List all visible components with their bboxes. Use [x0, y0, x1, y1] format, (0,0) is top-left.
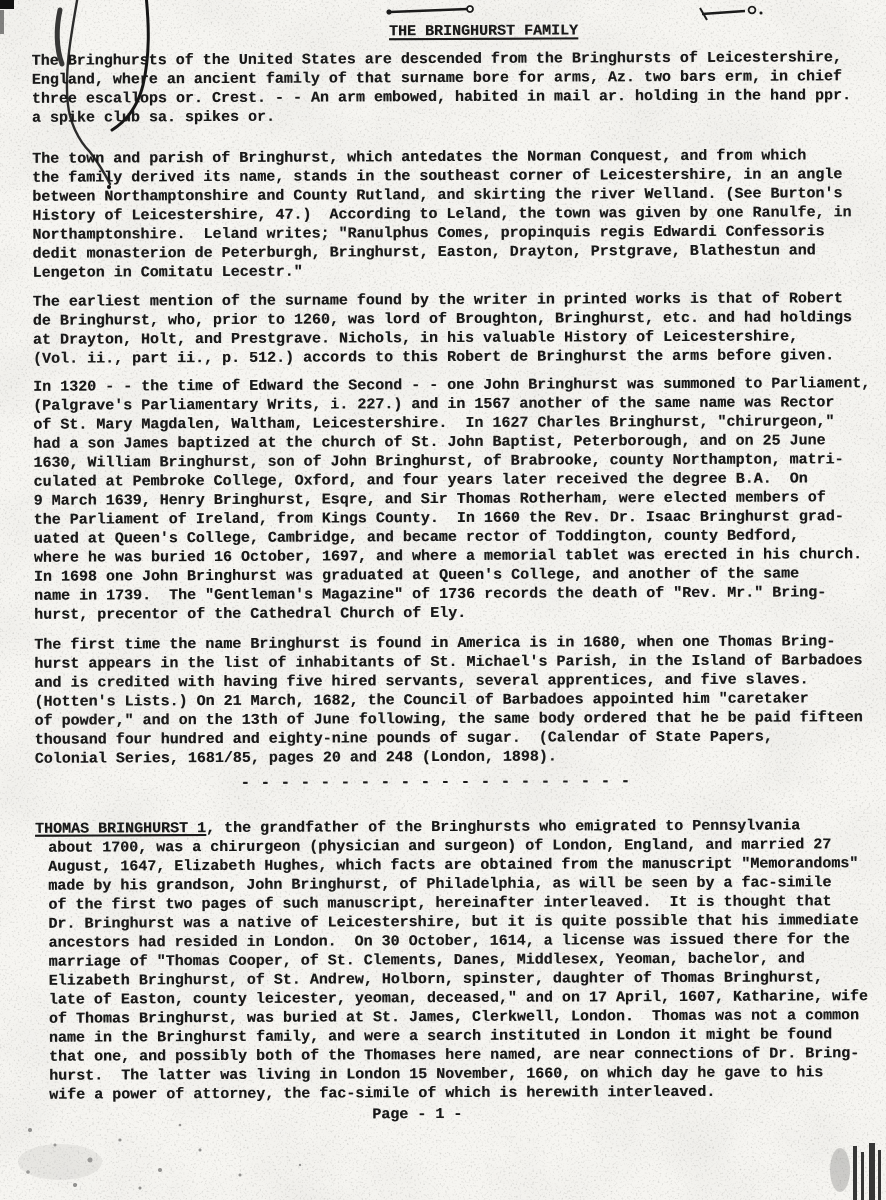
page-title: THE BRINGHURST FAMILY: [57, 20, 886, 43]
typewritten-content: THE BRINGHURST FAMILY The Bringhursts of…: [0, 0, 886, 1200]
scanned-page: THE BRINGHURST FAMILY The Bringhursts of…: [0, 0, 886, 1200]
paragraph-arms: The Bringhursts of the United States are…: [32, 48, 884, 128]
thomas-bringhurst-heading: THOMAS BRINGHURST 1: [35, 820, 206, 838]
dashed-separator: - - - - - - - - - - - - - - - - - - - -: [10, 770, 862, 796]
paragraph-parliament: In 1320 - - the time of Edward the Secon…: [33, 374, 886, 625]
paragraph-america: The first time the name Bringhurst is fo…: [34, 632, 886, 769]
paragraph-town: The town and parish of Bringhurst, which…: [32, 146, 885, 283]
paragraph-earliest-mention: The earliest mention of the surname foun…: [33, 289, 885, 369]
thomas-bringhurst-text: , the grandfather of the Bringhursts who…: [48, 817, 868, 1103]
page-number-footer: Page - 1 -: [0, 1103, 843, 1126]
paragraph-thomas-bringhurst: THOMAS BRINGHURST 1, the grandfather of …: [35, 816, 886, 1105]
